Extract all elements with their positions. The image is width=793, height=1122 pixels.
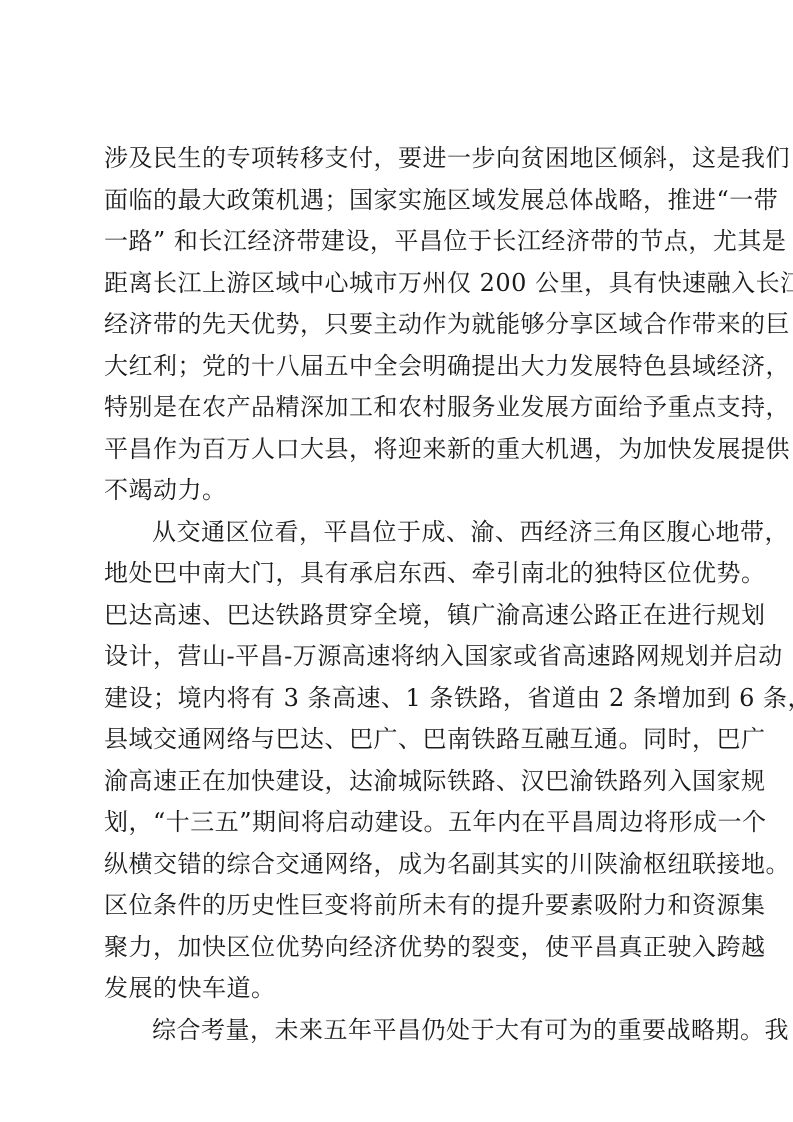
text-line: 面临的最大政策机遇；国家实施区域发展总体战略，推进“一带 <box>104 180 710 222</box>
text-line: 一路” 和长江经济带建设，平昌位于长江经济带的节点，尤其是 <box>104 221 710 263</box>
text-line: 大红利；党的十八届五中全会明确提出大力发展特色县域经济， <box>104 346 710 388</box>
text-line: 距离长江上游区域中心城市万州仅 200 公里，具有快速融入长江 <box>104 263 710 305</box>
text-line: 不竭动力。 <box>104 470 710 512</box>
text-line: 综合考量，未来五年平昌仍处于大有可为的重要战略期。我 <box>104 1010 710 1052</box>
text-line: 地处巴中南大门，具有承启东西、牵引南北的独特区位优势。 <box>104 553 710 595</box>
text-line: 平昌作为百万人口大县，将迎来新的重大机遇，为加快发展提供 <box>104 429 710 471</box>
text-line: 渝高速正在加快建设，达渝城际铁路、汉巴渝铁路列入国家规 <box>104 761 710 803</box>
text-line: 划，“十三五”期间将启动建设。五年内在平昌周边将形成一个 <box>104 802 710 844</box>
paragraph-policy-opportunities: 涉及民生的专项转移支付，要进一步向贫困地区倾斜，这是我们 面临的最大政策机遇；国… <box>104 138 710 512</box>
text-line: 特别是在农产品精深加工和农村服务业发展方面给予重点支持， <box>104 387 710 429</box>
text-line: 纵横交错的综合交通网络，成为名副其实的川陕渝枢纽联接地。 <box>104 844 710 886</box>
text-line: 从交通区位看，平昌位于成、渝、西经济三角区腹心地带， <box>104 512 710 554</box>
document-page: 涉及民生的专项转移支付，要进一步向贫困地区倾斜，这是我们 面临的最大政策机遇；国… <box>104 138 710 1051</box>
paragraph-overall-assessment: 综合考量，未来五年平昌仍处于大有可为的重要战略期。我 <box>104 1010 710 1052</box>
text-line: 区位条件的历史性巨变将前所未有的提升要素吸附力和资源集 <box>104 885 710 927</box>
text-line: 涉及民生的专项转移支付，要进一步向贫困地区倾斜，这是我们 <box>104 138 710 180</box>
text-line: 设计，营山-平昌-万源高速将纳入国家或省高速路网规划并启动 <box>104 636 710 678</box>
text-line: 聚力，加快区位优势向经济优势的裂变，使平昌真正驶入跨越 <box>104 927 710 969</box>
text-line: 建设；境内将有 3 条高速、1 条铁路，省道由 2 条增加到 6 条， <box>104 678 710 720</box>
text-line: 经济带的先天优势，只要主动作为就能够分享区域合作带来的巨 <box>104 304 710 346</box>
text-line: 发展的快车道。 <box>104 968 710 1010</box>
paragraph-transport-location: 从交通区位看，平昌位于成、渝、西经济三角区腹心地带， 地处巴中南大门，具有承启东… <box>104 512 710 1010</box>
text-line: 县域交通网络与巴达、巴广、巴南铁路互融互通。同时，巴广 <box>104 719 710 761</box>
text-line: 巴达高速、巴达铁路贯穿全境，镇广渝高速公路正在进行规划 <box>104 595 710 637</box>
